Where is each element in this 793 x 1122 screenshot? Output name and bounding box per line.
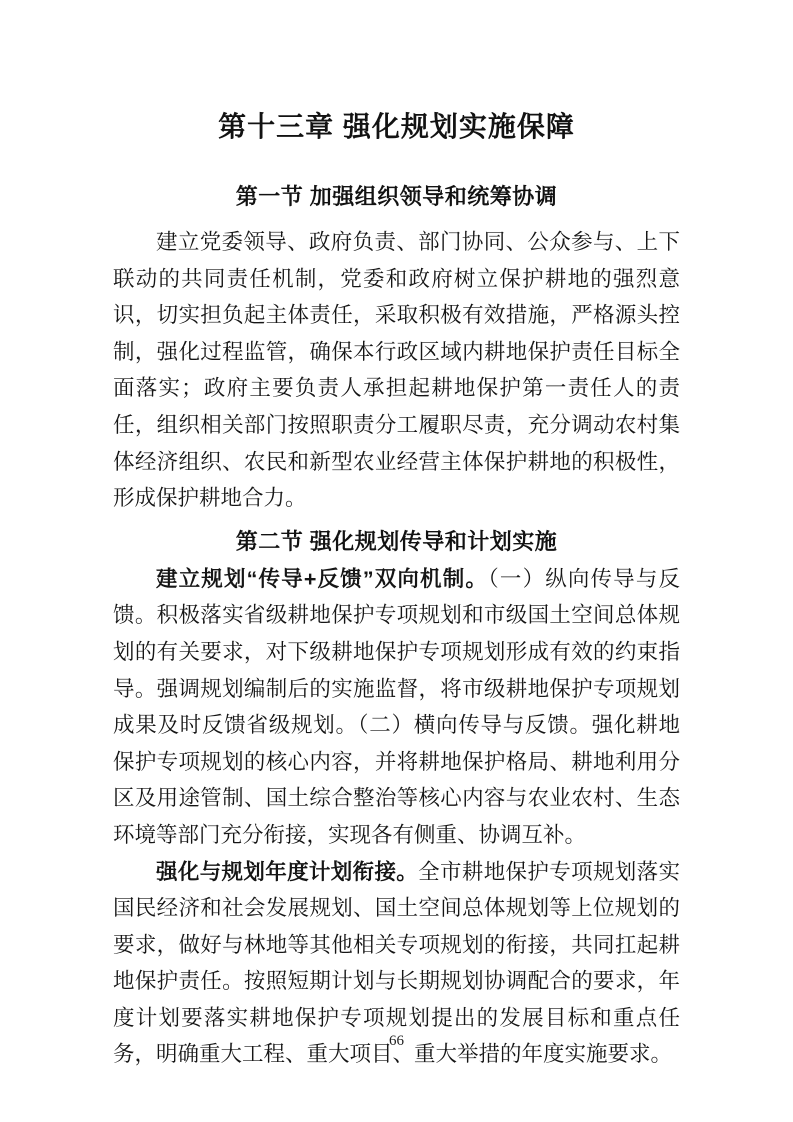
paragraph-lead: 强化与规划年度计划衔接。 [156,860,418,884]
section-2-title: 第二节 强化规划传导和计划实施 [113,527,680,557]
paragraph-text: 建立党委领导、政府负责、部门协同、公众参与、上下联动的共同责任机制，党委和政府树… [113,230,680,510]
chapter-title: 第十三章 强化规划实施保障 [113,110,680,144]
section-2-paragraph-1: 建立规划“传导+反馈”双向机制。（一）纵向传导与反馈。积极落实省级耕地保护专项规… [113,561,680,854]
page-content: 第十三章 强化规划实施保障 第一节 加强组织领导和统筹协调 建立党委领导、政府负… [113,0,680,1073]
page-footer: 66 [0,1032,793,1050]
document-page: 第十三章 强化规划实施保障 第一节 加强组织领导和统筹协调 建立党委领导、政府负… [0,0,793,1122]
section-1-paragraph-1: 建立党委领导、政府负责、部门协同、公众参与、上下联动的共同责任机制，党委和政府树… [113,224,680,517]
section-planning-transmission: 第二节 强化规划传导和计划实施 建立规划“传导+反馈”双向机制。（一）纵向传导与… [113,527,680,1073]
paragraph-lead: 建立规划“传导+反馈”双向机制。 [156,567,488,591]
page-number: 66 [389,1033,404,1049]
paragraph-text: （一）纵向传导与反馈。积极落实省级耕地保护专项规划和市级国土空间总体规划的有关要… [113,567,680,847]
section-1-title: 第一节 加强组织领导和统筹协调 [113,182,680,212]
section-organization-leadership: 第一节 加强组织领导和统筹协调 建立党委领导、政府负责、部门协同、公众参与、上下… [113,182,680,517]
